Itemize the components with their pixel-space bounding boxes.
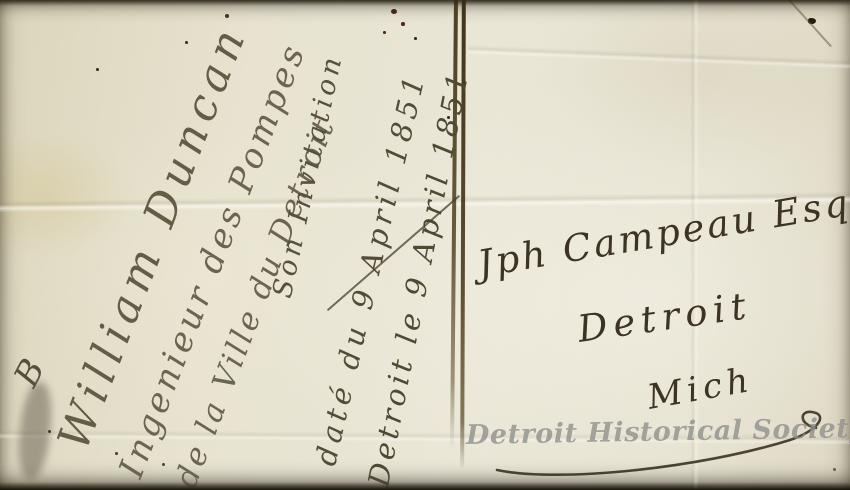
ink-speck — [447, 116, 450, 119]
ink-blot — [401, 22, 405, 26]
ink-speck — [115, 452, 118, 455]
note-place-date-line: Detroit le 9 April 1851 — [361, 67, 475, 490]
horizontal-crease — [0, 429, 850, 445]
ink-speck — [808, 18, 816, 24]
ink-blot — [383, 31, 386, 34]
vertical-fold-ink-line — [460, 0, 465, 468]
vertical-fold-ink-line — [450, 0, 458, 448]
horizontal-crease — [468, 45, 850, 70]
ink-speck — [96, 68, 99, 71]
note-date-line: daté du 9 April 1851 — [308, 69, 432, 469]
ink-speck — [225, 14, 229, 18]
recipient-city-line: Detroit — [575, 284, 754, 351]
note-invitation-line: Son Invitation — [267, 51, 349, 301]
corner-mark: B — [6, 353, 53, 394]
flourish-underline — [0, 0, 850, 490]
recipient-name-line: Jph Campeau Esqr — [474, 178, 850, 286]
pen-slash-stroke — [327, 195, 461, 311]
watermark-text: Detroit Historical Society — [466, 413, 850, 451]
paper-edge-top — [0, 0, 850, 6]
recipient-state-line: Mich — [645, 360, 757, 418]
sender-name-line: William Duncan — [48, 17, 258, 457]
ink-blot — [414, 37, 417, 40]
pencil-smudge — [15, 381, 55, 482]
sender-title-line: Ingenieur des Pompes — [111, 37, 314, 483]
horizontal-crease — [0, 192, 850, 213]
ink-speck — [48, 430, 51, 433]
ink-speck — [162, 463, 165, 466]
ink-speck — [833, 468, 836, 471]
sender-city-line: de la Ville du Detroit — [168, 112, 343, 490]
paper-scratch — [788, 0, 832, 47]
ink-blot — [391, 9, 397, 14]
ink-speck — [185, 41, 188, 44]
vertical-crease — [690, 0, 699, 490]
paper-edge-bottom — [0, 482, 850, 490]
envelope-photo: William Duncan Ingenieur des Pompes de l… — [0, 0, 850, 490]
